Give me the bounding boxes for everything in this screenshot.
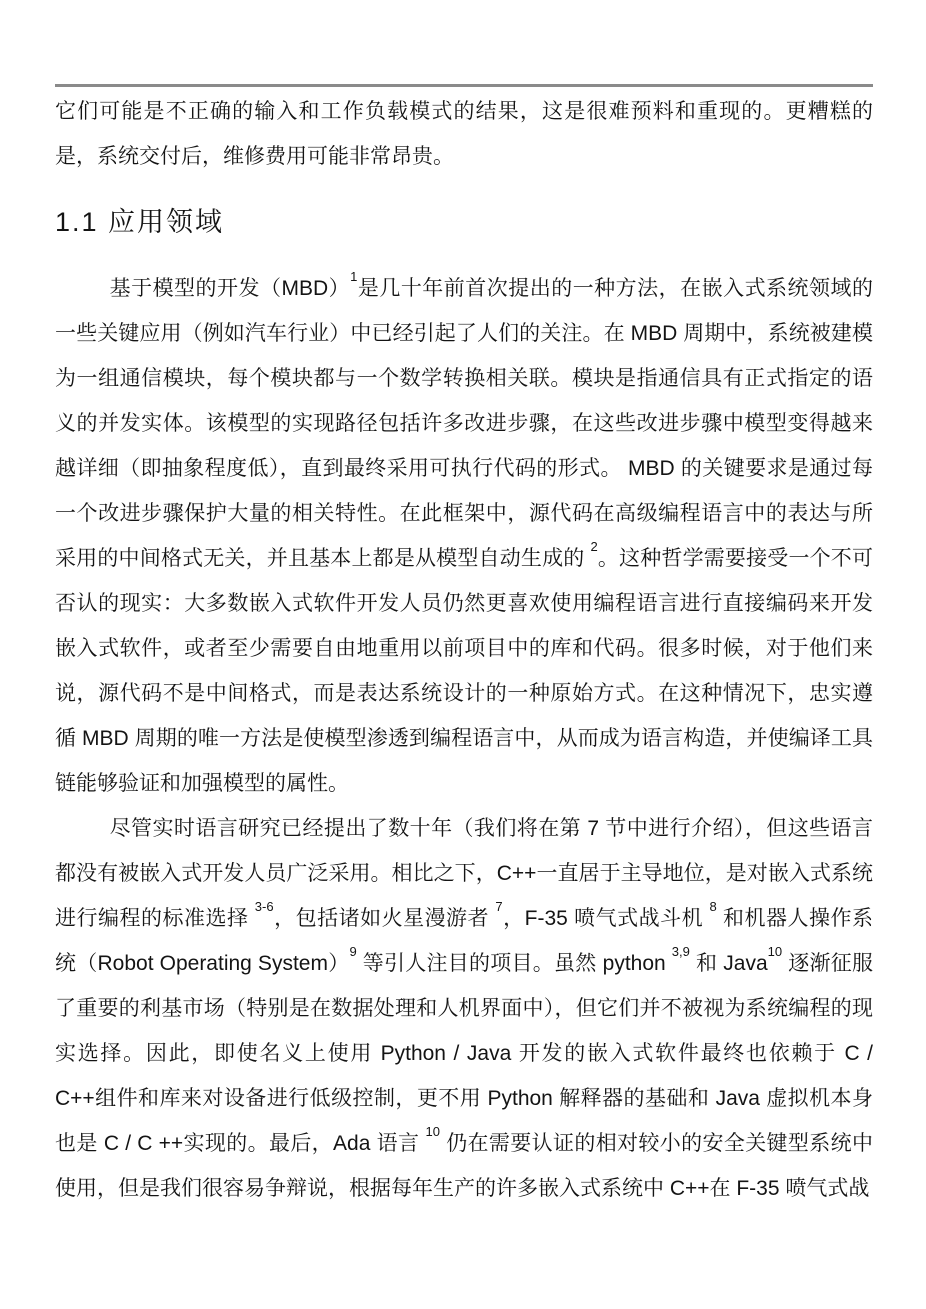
footnote-ref: 10 [426,1124,440,1139]
footnote-ref: 8 [709,899,716,914]
footnote-ref: 2 [590,539,597,554]
document-page: 它们可能是不正确的输入和工作负载模式的结果，这是很难预料和重现的。更糟糕的是，系… [0,0,926,1309]
section-heading: 1.1 应用领域 [55,202,873,242]
footnote-ref: 7 [495,899,502,914]
footnote-ref: 3-6 [255,899,274,914]
footnote-ref: 9 [349,944,356,959]
header-rule [55,84,873,87]
body-paragraph-1: 基于模型的开发（MBD）1是几十年前首次提出的一种方法，在嵌入式系统领域的一些关… [55,266,873,806]
footnote-ref: 3,9 [672,944,690,959]
footnote-ref: 10 [768,944,782,959]
body-paragraph-2: 尽管实时语言研究已经提出了数十年（我们将在第 7 节中进行介绍），但这些语言都没… [55,806,873,1211]
intro-paragraph: 它们可能是不正确的输入和工作负载模式的结果，这是很难预料和重现的。更糟糕的是，系… [55,89,873,179]
page-content: 它们可能是不正确的输入和工作负载模式的结果，这是很难预料和重现的。更糟糕的是，系… [55,89,873,1211]
footnote-ref: 1 [350,269,357,284]
